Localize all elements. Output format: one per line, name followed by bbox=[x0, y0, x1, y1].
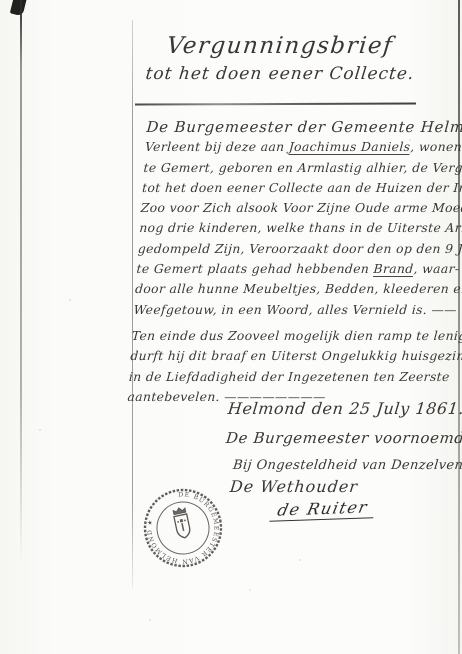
body-text-segment: , wonende bbox=[410, 140, 462, 154]
body-line: Ten einde dus Zooveel mogelijk dien ramp… bbox=[131, 326, 453, 346]
body-text-segment: Zoo voor Zich alsook Voor Zijne Oude arm… bbox=[140, 201, 462, 215]
underlined-name: Joachimus Daniels bbox=[288, 140, 411, 155]
place-and-date: Helmond den 25 July 1861. bbox=[227, 399, 462, 418]
body-text-segment: in de Liefdadigheid der Ingezetenen ten … bbox=[129, 370, 451, 384]
title-underline-rule bbox=[135, 103, 416, 106]
closing-burgemeester-line: De Burgemeester voornoemd. bbox=[225, 429, 462, 447]
body-text-segment: tot het doen eener Collecte aan de Huize… bbox=[142, 181, 462, 195]
document-title: Vergunningsbrief tot het doen eener Coll… bbox=[138, 33, 422, 84]
body-text-segment: Verleent bij deze aan bbox=[145, 140, 290, 154]
body-line: nog drie kinderen, welke thans in de Uit… bbox=[139, 218, 461, 238]
municipal-seal-stamp: DE BURGEMEESTER VAN HELMOND ★ bbox=[132, 477, 234, 579]
body-line: Verleent bij deze aan Joachimus Daniels,… bbox=[144, 137, 462, 157]
closing-wethouder-line: De Wethouder bbox=[229, 477, 359, 496]
scan-right-edge bbox=[458, 0, 460, 654]
scan-corner-artifact bbox=[10, 0, 27, 16]
title-line-1: Vergunningsbrief bbox=[137, 33, 424, 59]
document-scan: Vergunningsbrief tot het doen eener Coll… bbox=[0, 0, 462, 654]
body-text-segment: durft hij dit braaf en Uiterst Ongelukki… bbox=[130, 349, 462, 363]
body-line: Weefgetouw, in een Woord, alles Vernield… bbox=[133, 300, 455, 320]
body-line: tot het doen eener Collecte aan de Huize… bbox=[141, 178, 462, 198]
seal-crown-icon bbox=[173, 507, 186, 515]
body-line: te Gemert, geboren en Armlastig alhier, … bbox=[143, 158, 462, 178]
body-text-segment: De Burgemeester der Gemeente Helmond —— bbox=[146, 118, 462, 136]
seal-shield-icon bbox=[174, 514, 191, 539]
body-text-segment: Ten einde dus Zooveel mogelijk dien ramp… bbox=[131, 329, 462, 343]
title-line-2: tot het doen eener Collecte. bbox=[137, 64, 423, 84]
body-line: De Burgemeester der Gemeente Helmond —— bbox=[146, 117, 462, 137]
body-text-segment: te Gemert plaats gehad hebbenden bbox=[136, 262, 374, 276]
body-text-segment: , waar- bbox=[413, 262, 460, 276]
body-line: gedompeld Zijn, Veroorzaakt door den op … bbox=[137, 239, 459, 259]
page-fold-line bbox=[20, 0, 22, 562]
body-line: te Gemert plaats gehad hebbenden Brand, … bbox=[136, 259, 458, 279]
body-text-segment: nog drie kinderen, welke thans in de Uit… bbox=[139, 221, 462, 235]
body-line: in de Liefdadigheid der Ingezetenen ten … bbox=[128, 367, 450, 387]
body-line: door alle hunne Meubeltjes, Bedden, klee… bbox=[134, 279, 456, 299]
underlined-name: Brand bbox=[373, 262, 414, 277]
body-lines: De Burgemeester der Gemeente Helmond ——V… bbox=[127, 117, 462, 407]
closing-indisposition-line: Bij Ongesteldheid van Denzelven. bbox=[232, 458, 462, 473]
body-text-segment: te Gemert, geboren en Armlastig alhier, … bbox=[143, 161, 462, 175]
signature-de-ruiter: de Ruiter bbox=[269, 497, 378, 522]
body-line: durft hij dit braaf en Uiterst Ongelukki… bbox=[130, 346, 452, 366]
body-text-segment: Weefgetouw, in een Woord, alles Vernield… bbox=[133, 303, 457, 317]
body-line: Zoo voor Zich alsook Voor Zijne Oude arm… bbox=[140, 198, 462, 218]
body-text-segment: gedompeld Zijn, Veroorzaakt door den op … bbox=[137, 242, 462, 256]
body-text-segment: door alle hunne Meubeltjes, Bedden, klee… bbox=[135, 282, 462, 296]
